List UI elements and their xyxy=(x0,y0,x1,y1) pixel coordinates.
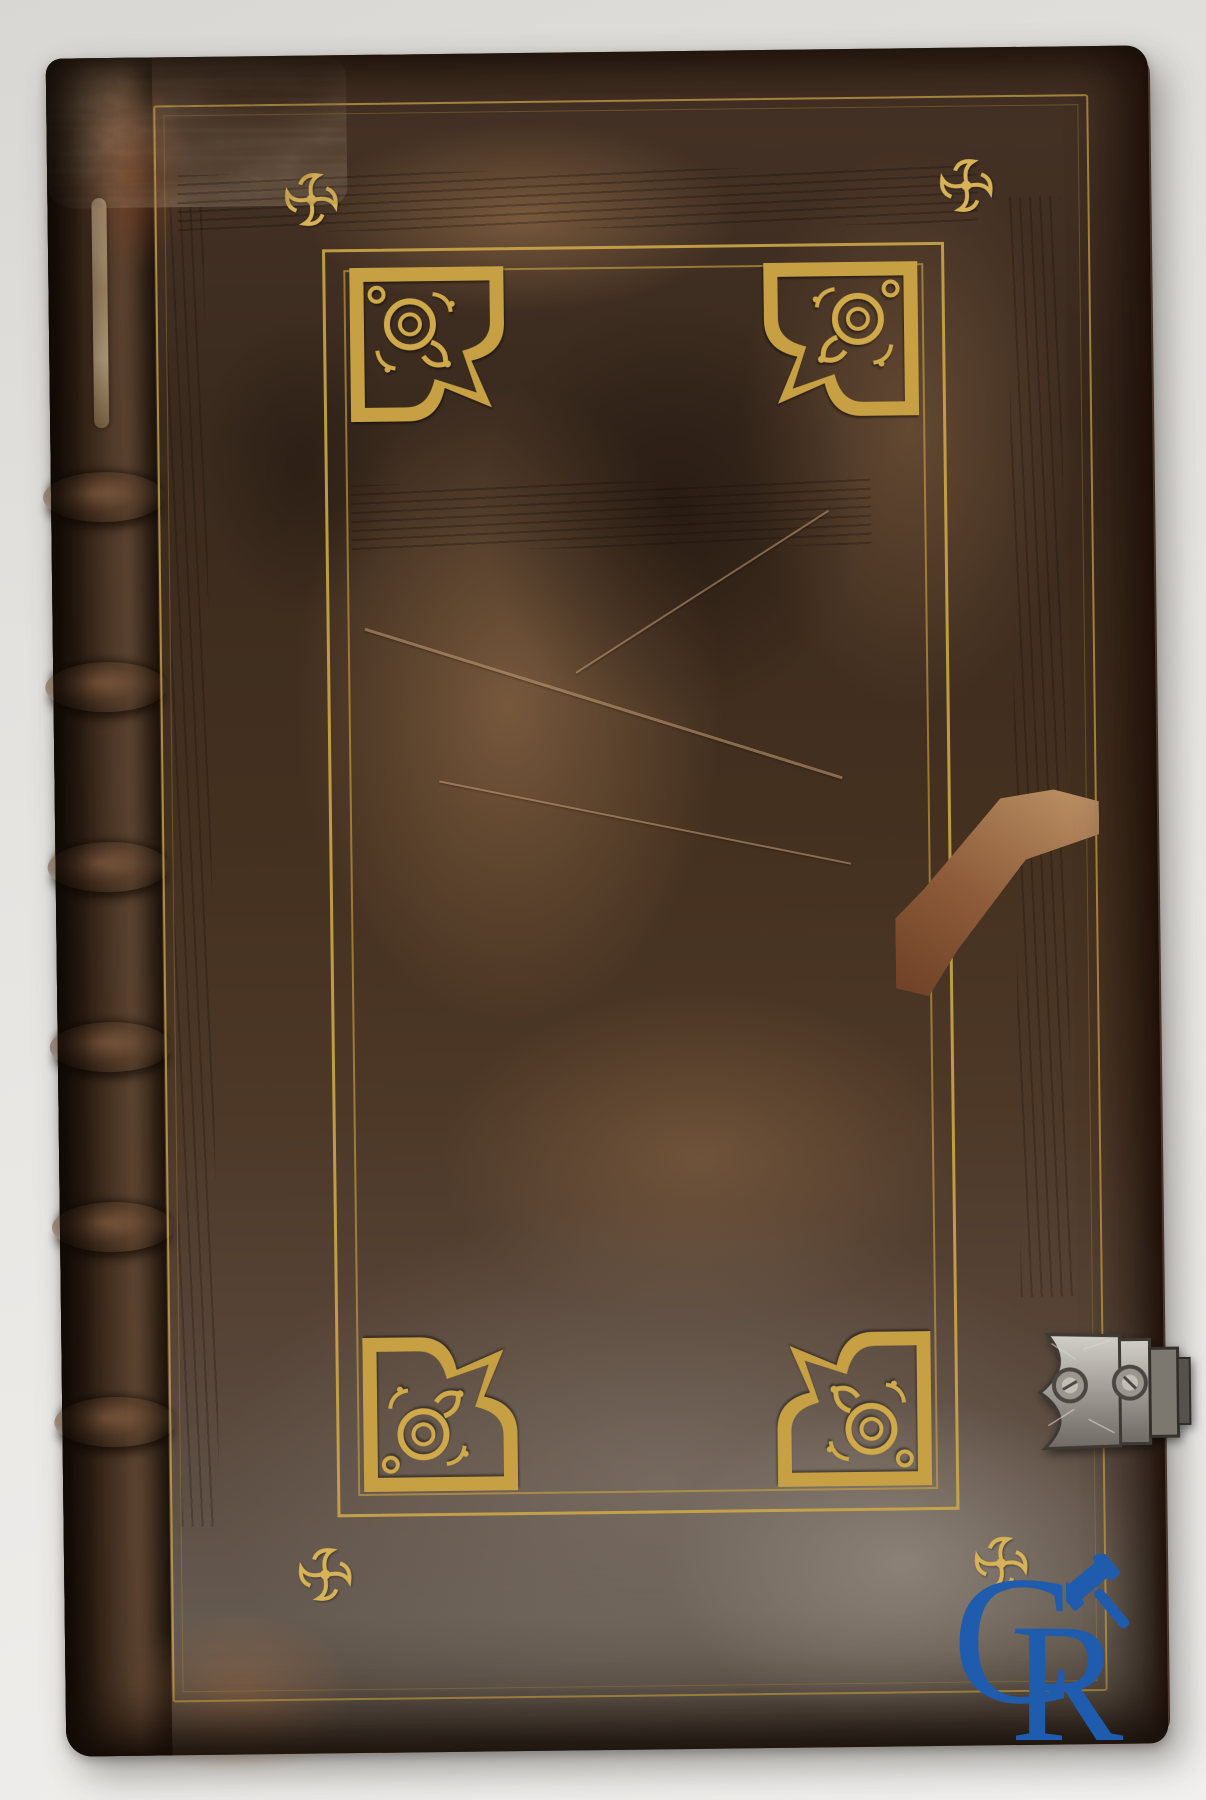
inner-gilt-panel-frame xyxy=(322,242,959,1518)
gilt-corner-ornament-bottom-left-icon xyxy=(359,1333,521,1495)
book-front-cover xyxy=(46,45,1169,1756)
gilt-rosette-top-left-icon xyxy=(275,163,348,236)
spine-raised-band xyxy=(43,471,166,522)
clasp-screw xyxy=(1114,1366,1146,1398)
clasp-catch-bar xyxy=(1150,1348,1179,1436)
spine-raised-band xyxy=(54,1396,177,1447)
spine-raised-band xyxy=(45,661,168,712)
gilt-rosette-bottom-left-icon xyxy=(289,1538,362,1611)
auction-watermark: C R xyxy=(944,1540,1184,1780)
gilt-corner-ornament-bottom-right-icon xyxy=(773,1328,935,1490)
gilt-corner-ornament-top-left-icon xyxy=(346,263,508,425)
gilt-rosette-top-right-icon xyxy=(930,149,1003,222)
gavel-icon xyxy=(1066,1554,1150,1638)
cover-right-edge xyxy=(1132,55,1171,1735)
spine-raised-band xyxy=(52,1201,175,1252)
spine-raised-band xyxy=(47,841,170,892)
spine-raised-band xyxy=(49,1021,172,1072)
clasp-end-cap xyxy=(1178,1358,1191,1424)
gilt-corner-ornament-top-right-icon xyxy=(760,258,922,420)
clasp-screw xyxy=(1054,1369,1086,1401)
book-spine xyxy=(46,57,173,1756)
photo-scene: C R xyxy=(0,0,1206,1800)
metal-clasp xyxy=(1017,1328,1195,1454)
